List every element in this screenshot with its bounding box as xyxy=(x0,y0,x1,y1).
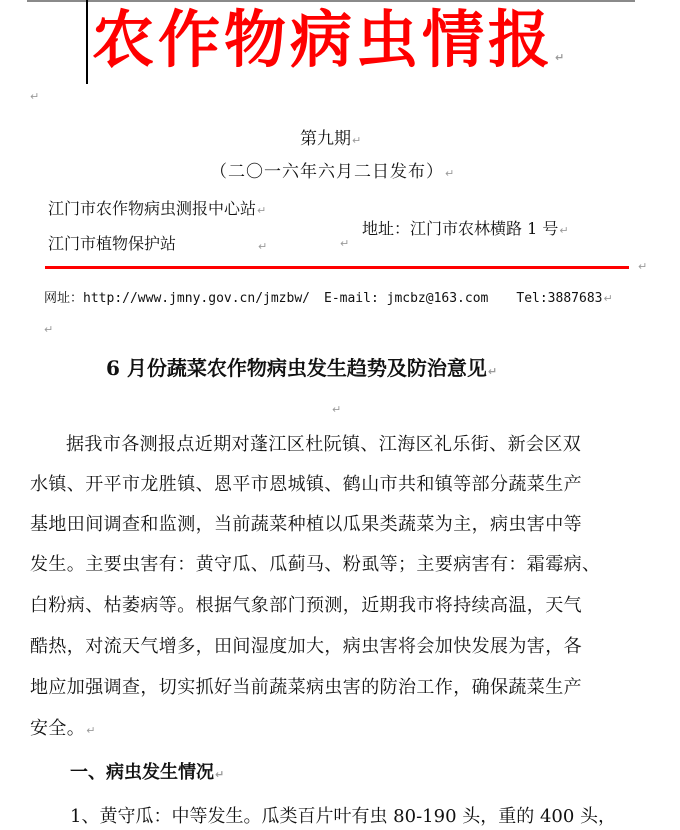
telephone: Tel:3887683 xyxy=(516,291,602,306)
intro-line-last: 安全。↵ xyxy=(30,714,96,740)
article-title-text: 6 月份蔬菜农作物病虫发生趋势及防治意见 xyxy=(106,356,487,380)
org-1-text: 江门市农作物病虫测报中心站 xyxy=(48,199,256,218)
paragraph-mark-icon: ↵ xyxy=(555,51,568,64)
paragraph-mark-icon: ↵ xyxy=(488,365,497,378)
paragraph-mark-icon: ↵ xyxy=(603,292,612,305)
intro-line: 地应加强调查，切实抓好当前蔬菜病虫害的防治工作，确保蔬菜生产 xyxy=(30,673,582,699)
paragraph-mark-icon: ↵ xyxy=(445,167,455,180)
organization-2: 江门市植物保护站 xyxy=(48,231,176,254)
intro-line: 水镇、开平市龙胜镇、恩平市恩城镇、鹤山市共和镇等部分蔬菜生产 xyxy=(30,470,582,496)
paragraph-mark-icon: ↵ xyxy=(352,134,361,147)
address: 地址：江门市农林横路 1 号↵ xyxy=(362,216,569,239)
intro-line: 基地田间调查和监测，当前蔬菜种植以瓜果类蔬菜为主，病虫害中等 xyxy=(30,510,582,536)
masthead-text: 农作物病虫情报 xyxy=(92,3,554,76)
publish-date-text: （二〇一六年六月二日发布） xyxy=(210,162,444,182)
intro-line: 据我市各测报点近期对蓬江区杜阮镇、江海区礼乐街、新会区双 xyxy=(66,430,581,456)
section-heading: 一、病虫发生情况↵ xyxy=(70,758,224,784)
paragraph-mark-icon: ↵ xyxy=(44,323,53,336)
text-cursor xyxy=(86,0,88,84)
paragraph-mark-icon: ↵ xyxy=(30,90,39,103)
paragraph-mark-icon: ↵ xyxy=(258,240,267,253)
paragraph-mark-icon: ↵ xyxy=(559,224,568,237)
intro-line: 白粉病、枯萎病等。根据气象部门预测，近期我市将持续高温，天气 xyxy=(30,591,582,617)
red-divider-line xyxy=(45,266,629,269)
organization-1: 江门市农作物病虫测报中心站↵ xyxy=(48,196,266,219)
paragraph-mark-icon: ↵ xyxy=(340,237,349,250)
paragraph-mark-icon: ↵ xyxy=(215,768,224,781)
contact-line: 网址：http://www.jmny.gov.cn/jmzbw/E-mail: … xyxy=(44,287,613,306)
paragraph-mark-icon: ↵ xyxy=(332,403,341,416)
masthead-title: 农作物病虫情报↵ xyxy=(92,2,568,96)
address-text: 地址：江门市农林横路 1 号 xyxy=(362,219,558,238)
issue-number: 第九期↵ xyxy=(300,124,361,149)
section-heading-text: 一、病虫发生情况 xyxy=(70,762,214,783)
intro-line: 发生。主要虫害有：黄守瓜、瓜蓟马、粉虱等；主要病害有：霜霉病、 xyxy=(30,550,600,576)
issue-text: 第九期 xyxy=(300,129,351,149)
item-1: 1、黄守瓜：中等发生。瓜类百片叶有虫 80-190 头，重的 400 头， xyxy=(70,802,616,828)
paragraph-mark-icon: ↵ xyxy=(86,724,96,737)
website-link[interactable]: http://www.jmny.gov.cn/jmzbw/ xyxy=(83,291,310,306)
email-link[interactable]: E-mail: jmcbz@163.com xyxy=(324,291,488,306)
publish-date: （二〇一六年六月二日发布）↵ xyxy=(210,157,455,182)
paragraph-mark-icon: ↵ xyxy=(257,204,266,217)
paragraph-mark-icon: ↵ xyxy=(638,260,647,273)
intro-line: 酷热，对流天气增多，田间湿度加大，病虫害将会加快发展为害，各 xyxy=(30,632,582,658)
article-title: 6 月份蔬菜农作物病虫发生趋势及防治意见↵ xyxy=(106,352,497,381)
org-2-text: 江门市植物保护站 xyxy=(48,234,176,253)
intro-line-text: 安全。 xyxy=(30,718,85,739)
website-label: 网址： xyxy=(44,291,83,306)
